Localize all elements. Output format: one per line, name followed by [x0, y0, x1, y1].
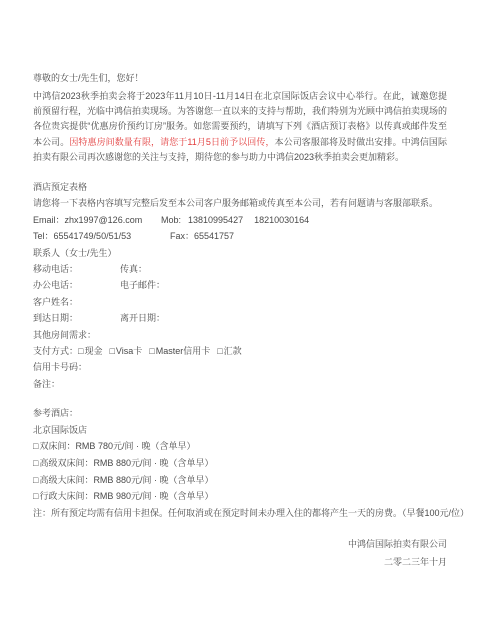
- contact-email-row: Email：zhx1997@126.comMob:138109954271821…: [33, 212, 447, 228]
- other-requirements-label: 其他房间需求：: [33, 327, 96, 343]
- checkbox-icon: □: [109, 346, 114, 356]
- row-credit-card: 信用卡号码：: [33, 359, 447, 375]
- tel-cell: Tel：65541749/50/51/53: [33, 228, 170, 244]
- fax-field-label: 传真：: [120, 264, 147, 274]
- mob-value-1: 13810995427: [188, 215, 243, 225]
- mob-label: Mob:: [161, 215, 181, 225]
- document-page: 尊敬的女士/先生们，您好！ 中鸿信2023秋季拍卖会将于2023年11月10日-…: [0, 0, 480, 626]
- room-option-text: 高级大床间：RMB 880元/间 · 晚（含单早）: [39, 475, 213, 485]
- customer-name-label: 客户姓名：: [33, 294, 120, 310]
- signature-date: 二零二三年十月: [33, 554, 447, 572]
- booking-note: 注：所有预定均需有信用卡担保。任何取消或在预定时间未办理入住的都将产生一天的房费…: [33, 505, 447, 522]
- row-remark: 备注：: [33, 376, 447, 392]
- form-title: 酒店预定表格: [33, 179, 447, 195]
- checkbox-icon: □: [78, 346, 83, 356]
- signature-block: 中鸿信国际拍卖有限公司 二零二三年十月: [33, 536, 447, 571]
- payment-method-label: 支付方式：: [33, 346, 78, 356]
- mobile-phone-label: 移动电话：: [33, 261, 120, 277]
- checkbox-icon: □: [33, 491, 38, 501]
- email-value: zhx1997@126.com: [65, 215, 143, 225]
- row-customer-name: 客户姓名：: [33, 294, 447, 310]
- departure-date-label: 离开日期：: [120, 313, 165, 323]
- office-phone-label: 办公电话：: [33, 277, 120, 293]
- hotels-title: 参考酒店：: [33, 405, 447, 422]
- checkbox-icon: □: [33, 475, 38, 485]
- room-option-executive-king: □行政大床间：RMB 980元/间 · 晚（含单早）: [33, 488, 447, 505]
- payment-option-visa: □Visa卡: [109, 346, 142, 356]
- row-mobile-fax: 移动电话：传真：: [33, 261, 447, 277]
- room-option-deluxe-twin: □高级双床间：RMB 880元/间 · 晚（含单早）: [33, 455, 447, 472]
- mob-value-2: 18210030164: [254, 215, 309, 225]
- greeting-line: 尊敬的女士/先生们，您好！: [33, 71, 447, 86]
- email-cell: Email：zhx1997@126.com: [33, 212, 161, 228]
- hotel-name: 北京国际饭店: [33, 422, 447, 439]
- contact-person-label: 联系人（女士/先生）: [33, 245, 447, 261]
- row-arrival-departure: 到达日期：离开日期：: [33, 310, 447, 326]
- email-label: Email：: [33, 215, 65, 225]
- intro-paragraph: 中鸿信2023秋季拍卖会将于2023年11月10日-11月14日在北京国际饭店会…: [33, 89, 447, 165]
- booking-form-section: 酒店预定表格 请您将一下表格内容填写完整后发至本公司客户服务邮箱或传真至本公司，…: [33, 179, 447, 392]
- company-name: 中鸿信国际拍卖有限公司: [33, 536, 447, 554]
- intro-highlight-red: 因特惠房间数量有限，请您于11月5日前予以回传，: [69, 137, 274, 147]
- checkbox-icon: □: [33, 441, 38, 451]
- checkbox-icon: □: [149, 346, 154, 356]
- room-option-text: 行政大床间：RMB 980元/间 · 晚（含单早）: [39, 491, 213, 501]
- fax-label: Fax：: [170, 231, 194, 241]
- row-other-requirements: 其他房间需求：: [33, 327, 447, 343]
- room-option-deluxe-king: □高级大床间：RMB 880元/间 · 晚（含单早）: [33, 472, 447, 489]
- room-option-twin: □双床间：RMB 780元/间 · 晚（含单早）: [33, 438, 447, 455]
- email-field-label: 电子邮件：: [120, 280, 165, 290]
- payment-option-cash: □现金: [78, 346, 102, 356]
- fax-value: 65541757: [194, 231, 234, 241]
- payment-option-master: □Master信用卡: [149, 346, 210, 356]
- checkbox-icon: □: [33, 458, 38, 468]
- tel-value: 65541749/50/51/53: [54, 231, 132, 241]
- payment-option-remittance: □汇款: [217, 346, 241, 356]
- arrival-date-label: 到达日期：: [33, 310, 120, 326]
- room-option-text: 双床间：RMB 780元/间 · 晚（含单早）: [39, 441, 195, 451]
- form-instruction: 请您将一下表格内容填写完整后发至本公司客户服务邮箱或传真至本公司，若有问题请与客…: [33, 195, 447, 211]
- room-option-text: 高级双床间：RMB 880元/间 · 晚（含单早）: [39, 458, 213, 468]
- checkbox-icon: □: [217, 346, 222, 356]
- row-office-email: 办公电话：电子邮件：: [33, 277, 447, 293]
- reference-hotels-section: 参考酒店： 北京国际饭店 □双床间：RMB 780元/间 · 晚（含单早） □高…: [33, 405, 447, 521]
- tel-label: Tel：: [33, 231, 54, 241]
- contact-tel-row: Tel：65541749/50/51/53Fax：65541757: [33, 228, 447, 244]
- row-payment-method: 支付方式：□现金□Visa卡□Master信用卡□汇款: [33, 343, 447, 359]
